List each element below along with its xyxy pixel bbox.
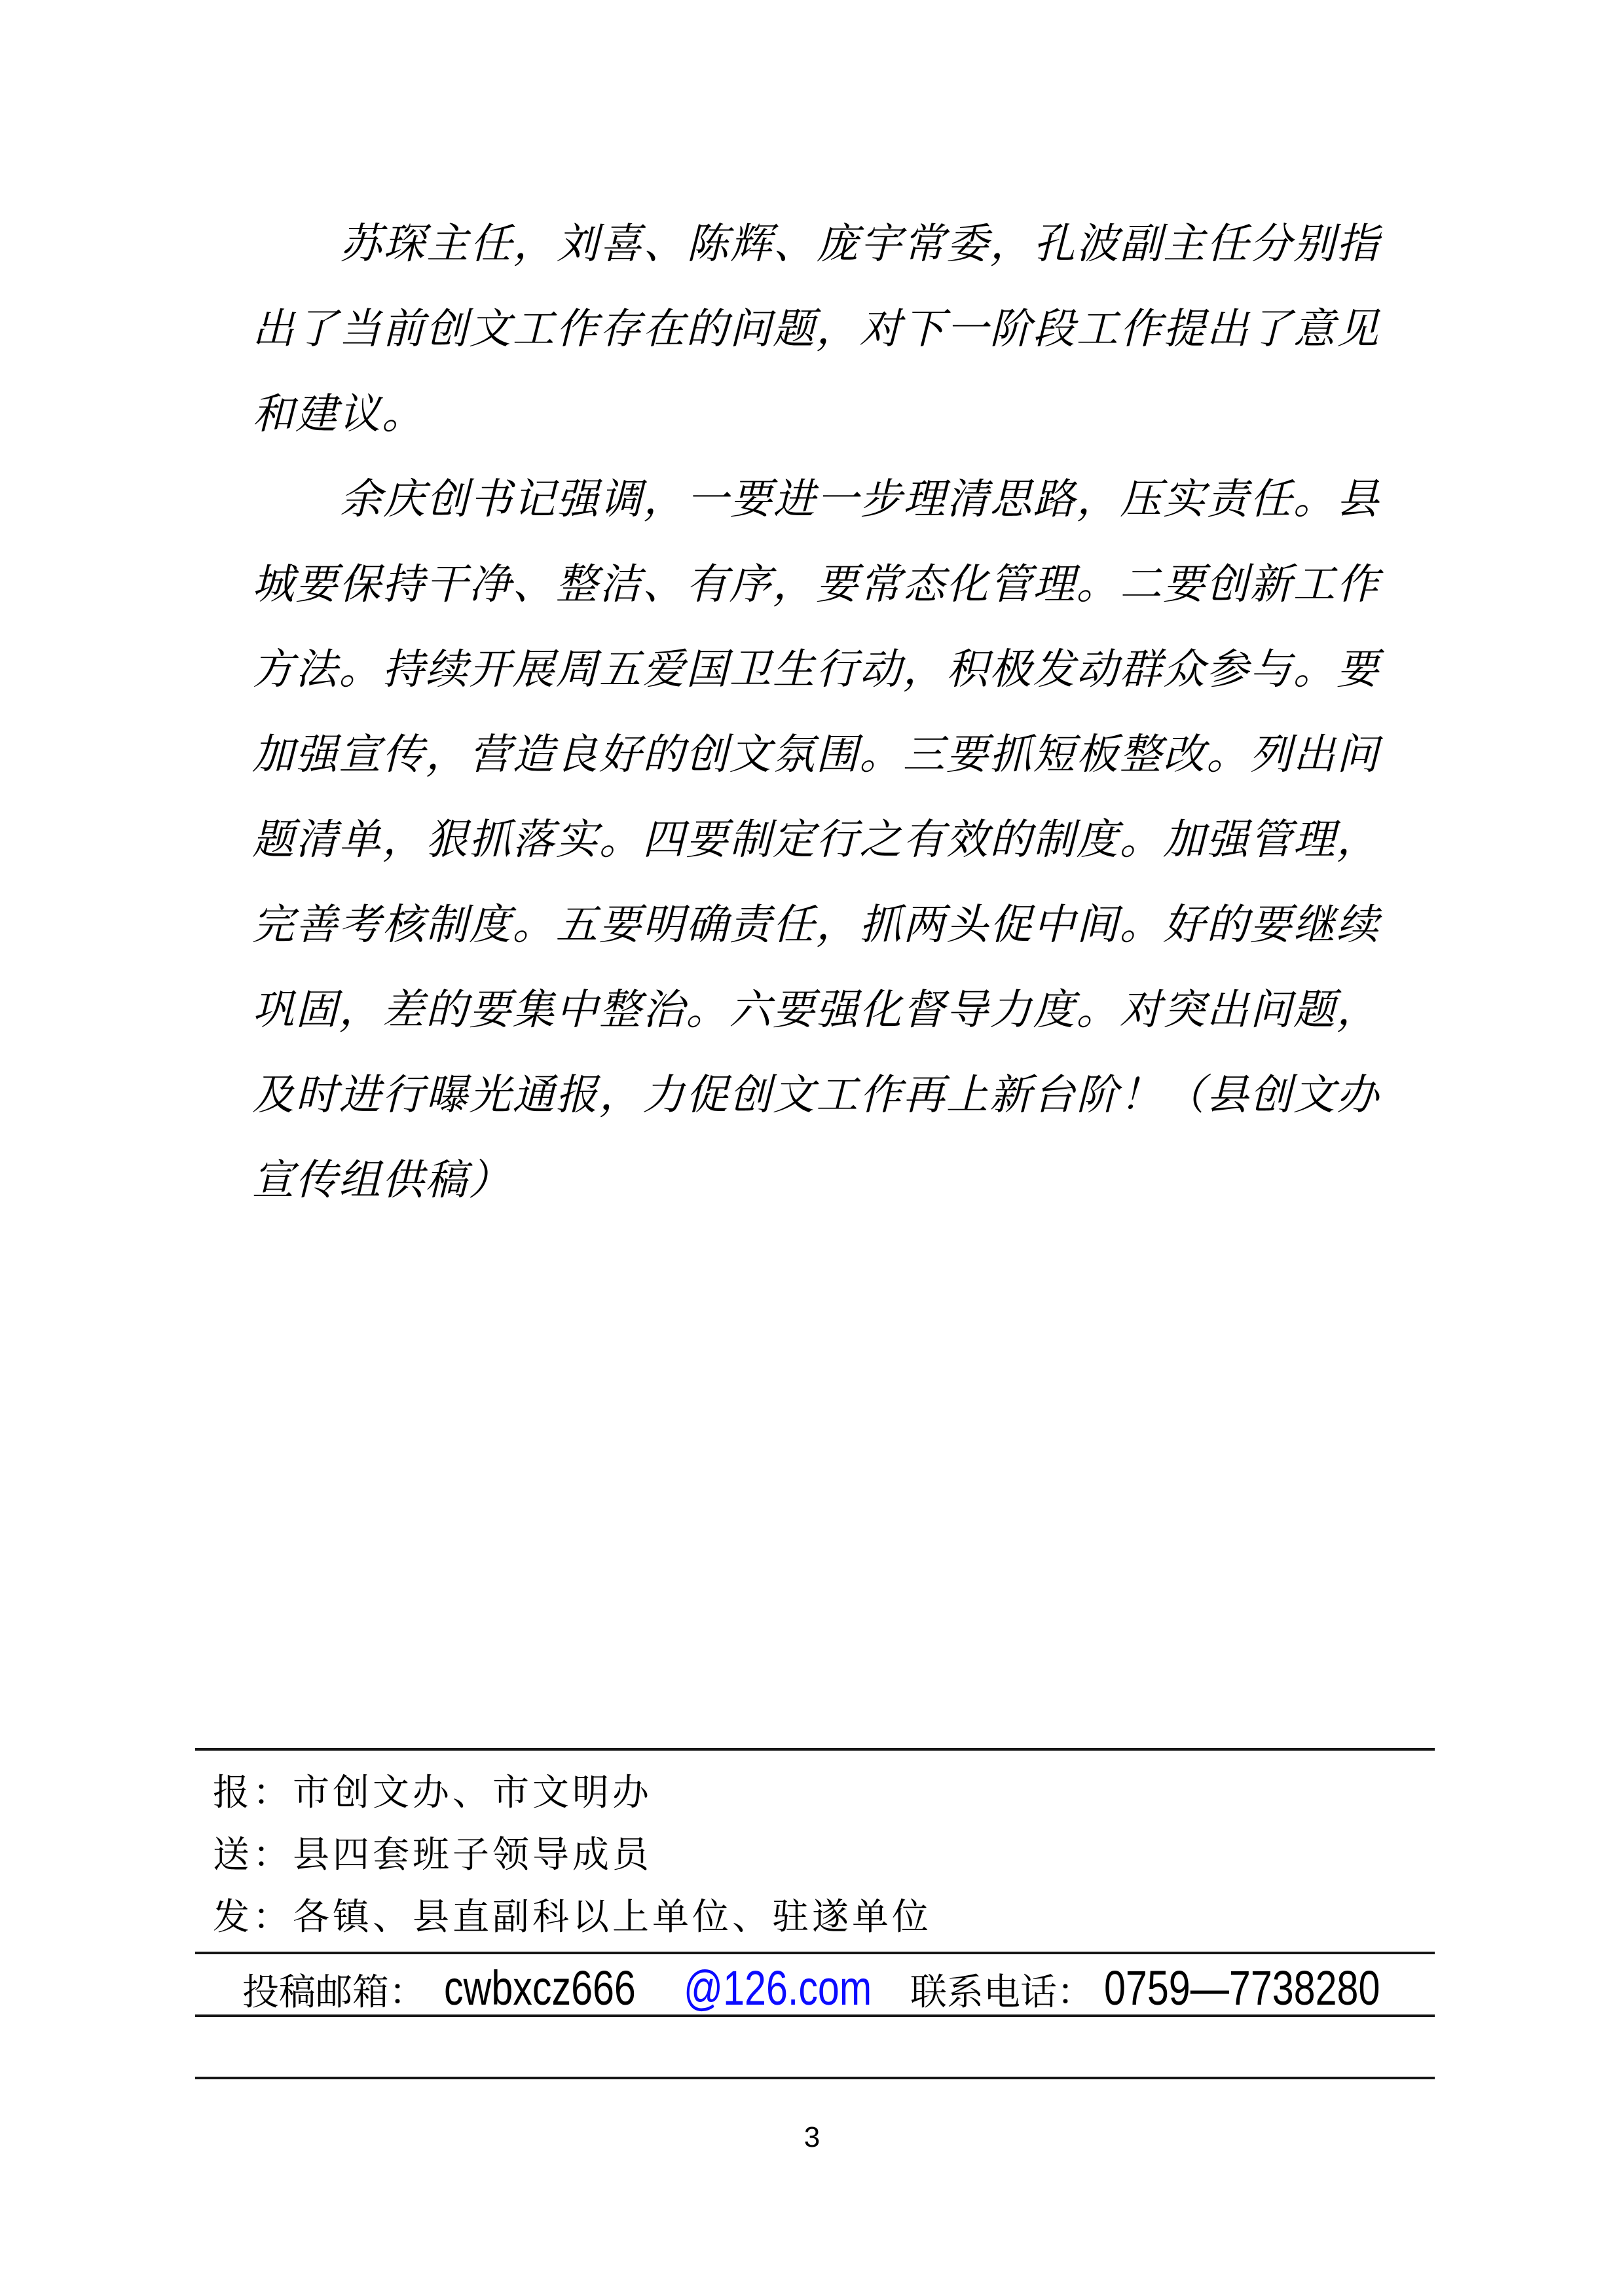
footer-top-divider xyxy=(195,1748,1435,1751)
footer-bottom-divider xyxy=(195,2077,1435,2079)
distribution-row-issue: 发：各镇、县直副科以上单位、驻遂单位 xyxy=(213,1887,932,1949)
email-domain-link[interactable]: @126.com xyxy=(684,1960,872,2016)
distribution-label: 发： xyxy=(213,1897,293,1938)
distribution-label: 报： xyxy=(213,1773,293,1813)
distribution-value: 各镇、县直副科以上单位、驻遂单位 xyxy=(293,1897,932,1938)
distribution-row-report: 报：市创文办、市文明办 xyxy=(213,1762,932,1825)
contact-phone: 联系电话：0759—7738280 xyxy=(910,1960,1449,2016)
paragraph: 苏琛主任，刘喜、陈辉、庞宇常委，孔波副主任分别指出了当前创文工作存在的问题，对下… xyxy=(252,202,1380,457)
paragraph: 余庆创书记强调，一要进一步理清思路，压实责任。县城要保持干净、整洁、有序，要常态… xyxy=(252,457,1380,1223)
submission-email: 投稿邮箱：cwbxcz666@126.com xyxy=(242,1960,919,2016)
page-number: 3 xyxy=(0,2121,1624,2154)
email-user-text: cwbxcz666 xyxy=(444,1960,636,2016)
document-page: 苏琛主任，刘喜、陈辉、庞宇常委，孔波副主任分别指出了当前创文工作存在的问题，对下… xyxy=(0,0,1624,2296)
distribution-value: 市创文办、市文明办 xyxy=(293,1773,652,1813)
distribution-row-send: 送：县四套班子领导成员 xyxy=(213,1825,932,1887)
distribution-label: 送： xyxy=(213,1835,293,1876)
phone-label: 联系电话： xyxy=(910,1973,1094,2013)
contact-top-divider xyxy=(195,1952,1435,1954)
body-text: 苏琛主任，刘喜、陈辉、庞宇常委，孔波副主任分别指出了当前创文工作存在的问题，对下… xyxy=(252,202,1380,1223)
contact-bottom-divider xyxy=(195,2014,1435,2017)
phone-number-text: 0759—7738280 xyxy=(1104,1960,1380,2016)
distribution-list: 报：市创文办、市文明办 送：县四套班子领导成员 发：各镇、县直副科以上单位、驻遂… xyxy=(213,1762,932,1949)
email-label: 投稿邮箱： xyxy=(242,1973,426,2013)
distribution-value: 县四套班子领导成员 xyxy=(293,1835,652,1876)
